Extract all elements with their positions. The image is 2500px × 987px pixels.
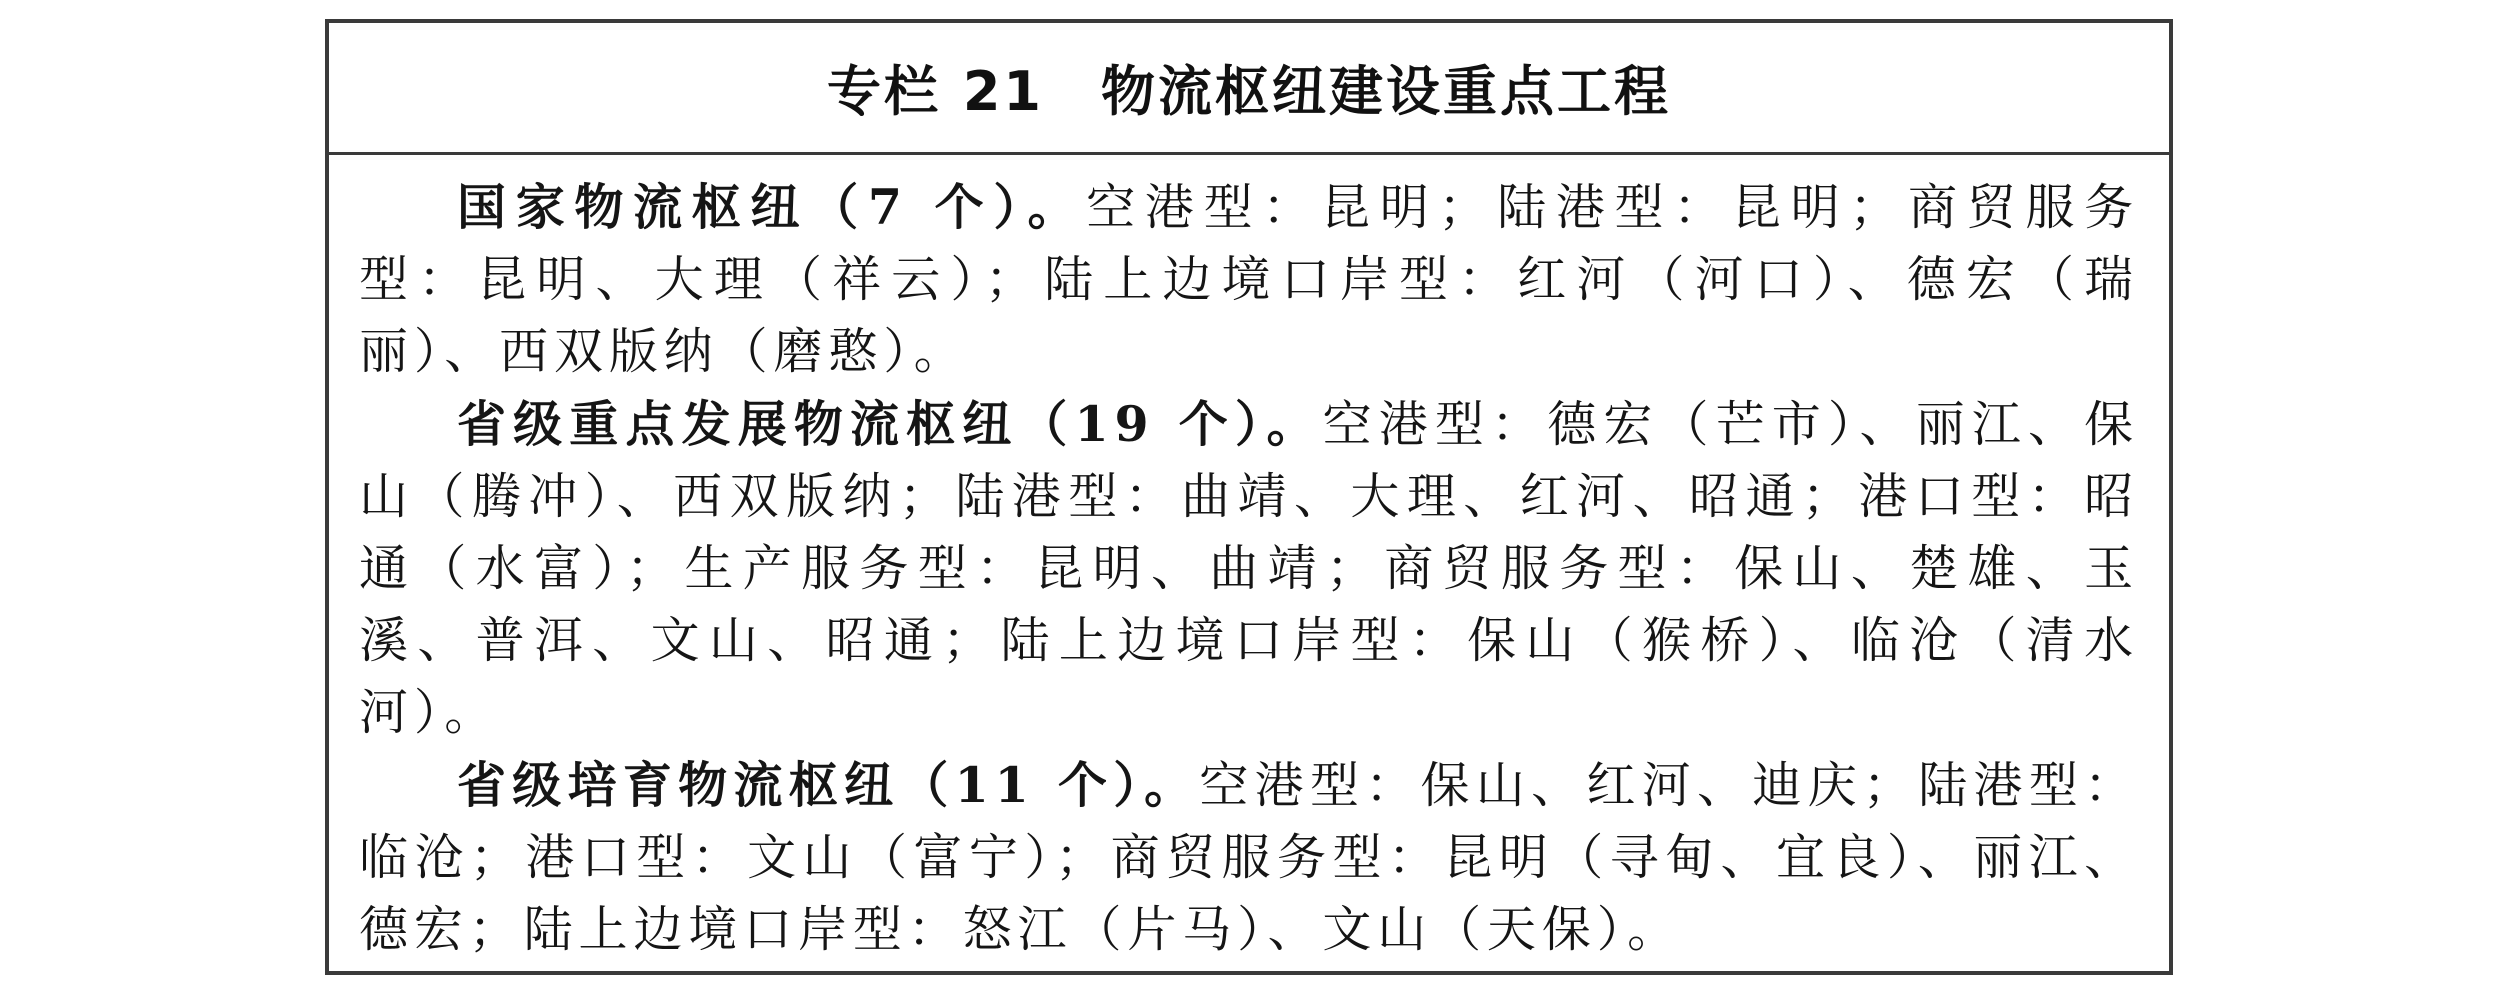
box-body: 国家物流枢纽（7 个）。空港型：昆明；陆港型：昆明；商贸服务型：昆明、大理（祥云…: [329, 155, 2169, 966]
box-title-bar: 专栏 21 物流枢纽建设重点工程: [329, 23, 2169, 155]
paragraph-provincial-key-hubs-lead: 省级重点发展物流枢纽（19 个）。: [457, 395, 1323, 453]
column-box: 专栏 21 物流枢纽建设重点工程 国家物流枢纽（7 个）。空港型：昆明；陆港型：…: [325, 19, 2173, 975]
paragraph-provincial-cultivated-hubs: 省级培育物流枢纽（11 个）。空港型：保山、红河、迪庆；陆港型：临沧；港口型：文…: [359, 749, 2139, 966]
paragraph-national-hubs-lead: 国家物流枢纽（7 个）。: [457, 178, 1086, 236]
paragraph-national-hubs: 国家物流枢纽（7 个）。空港型：昆明；陆港型：昆明；商贸服务型：昆明、大理（祥云…: [359, 171, 2139, 388]
box-title: 专栏 21 物流枢纽建设重点工程: [827, 49, 1671, 126]
paragraph-provincial-cultivated-hubs-lead: 省级培育物流枢纽（11 个）。: [457, 756, 1199, 814]
paragraph-provincial-key-hubs: 省级重点发展物流枢纽（19 个）。空港型：德宏（芒市）、丽江、保山（腾冲）、西双…: [359, 388, 2139, 749]
